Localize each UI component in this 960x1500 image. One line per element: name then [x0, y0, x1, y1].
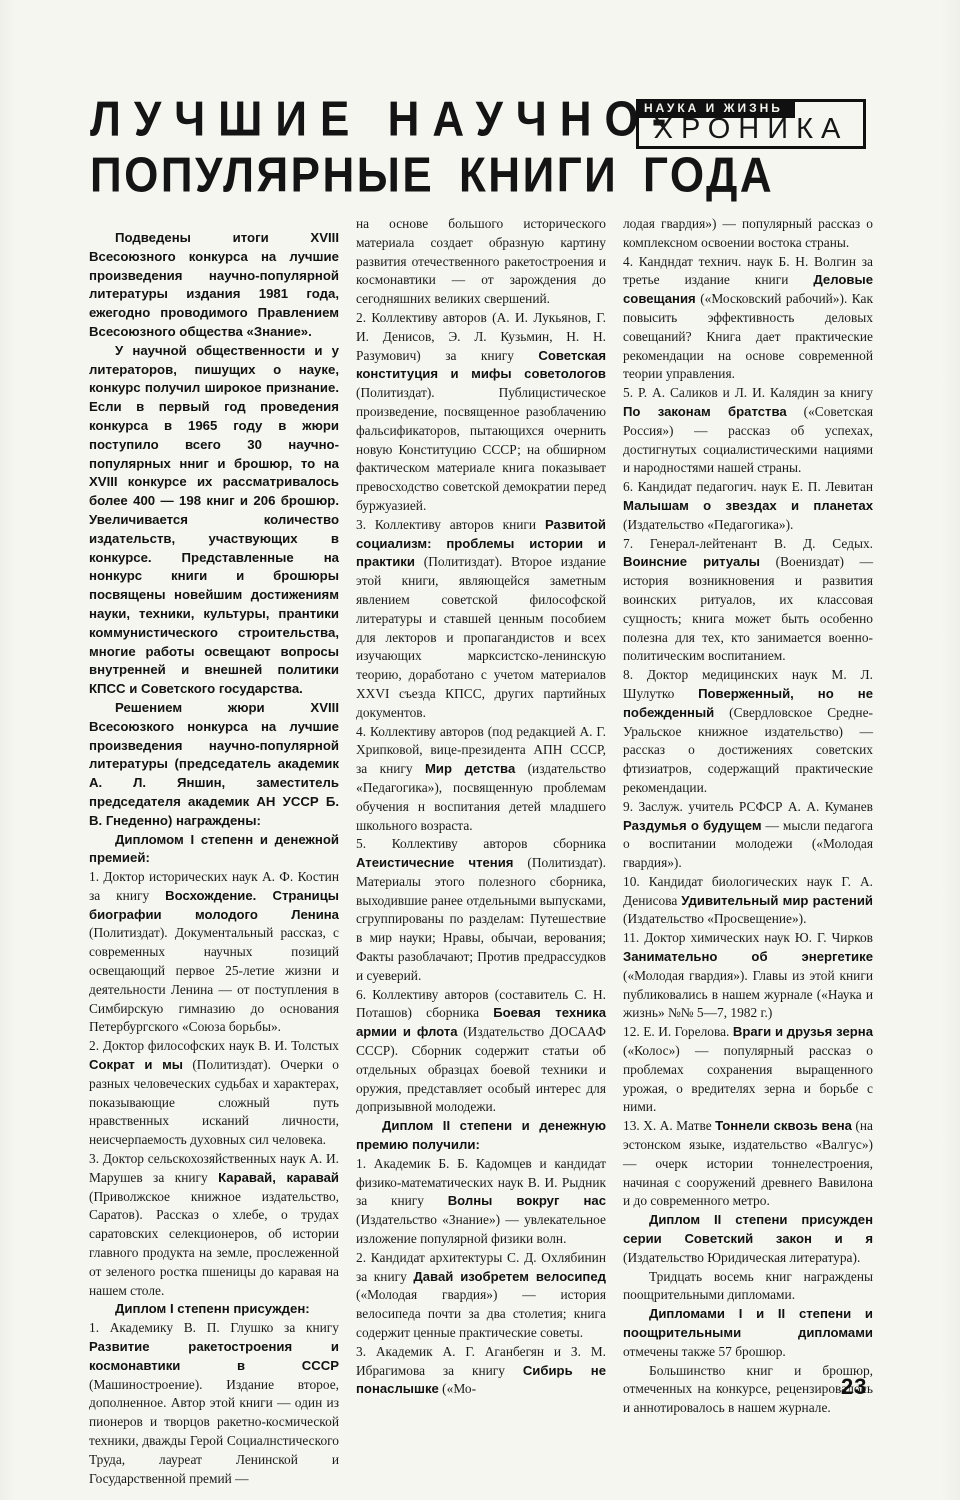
text-run: 3. Коллективу авторов книги [356, 517, 545, 532]
text-run: (Политиздат). Публицистическое произведе… [356, 385, 606, 513]
text-run: У научной общественности и у литераторов… [89, 343, 339, 696]
text-run: (Издательство «Педагогика»). [623, 517, 793, 532]
paragraph: Решением жюри XVIII Всесоюзкого нонкурса… [89, 699, 339, 831]
text-column-2: на основе большого исторического материа… [356, 215, 606, 1399]
paragraph: 6. Коллективу авторов (составитель С. Н.… [356, 986, 606, 1118]
text-run: отмечены также 57 брошюр. [623, 1344, 786, 1359]
paragraph: 1. Академику В. П. Глушко за книгу Разви… [89, 1319, 339, 1488]
text-run: Диплом II степени и денежную премию полу… [356, 1118, 606, 1152]
paragraph: 5. Коллективу авторов сборника Атеистиче… [356, 835, 606, 985]
text-run: 5. Коллективу авторов сборника [356, 836, 606, 851]
text-run: 13. Х. А. Матве [623, 1118, 715, 1133]
paragraph: лодая гвардия») — популярный рассказ о к… [623, 215, 873, 253]
text-run: Дипломом I степенн и денежной премией: [89, 832, 339, 866]
paragraph: 3. Доктор сельскохозяйственных наук А. И… [89, 1150, 339, 1300]
paragraph: 2. Доктор философских наук В. И. Толстых… [89, 1037, 339, 1150]
paragraph: 4. Кандндат технич. наук Б. Н. Волгин за… [623, 253, 873, 385]
book-title: Дипломами I и II степени и поощрительным… [623, 1306, 873, 1340]
text-run: Диплом I степенн присужден: [115, 1301, 310, 1316]
text-run: (Приволжское книжное издательство, Сарат… [89, 1189, 339, 1298]
text-run: (Политиздат). Материалы этого полезного … [356, 855, 606, 983]
paragraph: Дипломом I степенн и денежной премией: [89, 831, 339, 869]
text-run: (Издательство «Знание») — увлекательное … [356, 1212, 606, 1246]
book-title: Воинсние ритуалы [623, 554, 760, 569]
text-run: 12. Е. И. Горелова. [623, 1024, 733, 1039]
section-title: ХРОНИКА [639, 113, 863, 146]
paragraph: 1. Доктор исторических наук А. Ф. Костин… [89, 868, 339, 1037]
article-title-line-1: ЛУЧШИЕ НАУЧНО- [90, 92, 679, 148]
book-title: Сократ и мы [89, 1057, 183, 1072]
book-title: Развитие ракетостроения и космонавтики в… [89, 1339, 339, 1373]
book-title: Мир детства [425, 761, 515, 776]
text-run: 2. Доктор философских наук В. И. Толстых [89, 1038, 339, 1053]
book-title: Малышам о звездах и планетах [623, 498, 873, 513]
paragraph: 2. Коллективу авторов (А. И. Лукьянов, Г… [356, 309, 606, 516]
text-column-1: Подведены итоги XVIII Всесоюзного конкур… [89, 229, 339, 1488]
text-run: (Издательство «Просвещение»). [623, 911, 807, 926]
paragraph: Диплом I степенн присужден: [89, 1300, 339, 1319]
text-run: 1. Академику В. П. Глушко за книгу [89, 1320, 339, 1335]
paragraph: 11. Доктор химических наук Ю. Г. Чирков … [623, 929, 873, 1023]
page-number: 23 [841, 1374, 867, 1400]
text-run: («Молодая гвардия») — история велосипеда… [356, 1287, 606, 1340]
text-run: («Мо- [439, 1381, 476, 1396]
book-title: Давай изобретем велосипед [413, 1269, 606, 1284]
magazine-page: ЛУЧШИЕ НАУЧНО- ПОПУЛЯРНЫЕ КНИГИ ГОДА НАУ… [0, 0, 960, 1500]
paragraph: Тридцать восемь книг награждены поощрите… [623, 1268, 873, 1306]
text-run: Тридцать восемь книг награждены поощрите… [623, 1269, 873, 1303]
text-run: (Машиностроение). Издание второе, дополн… [89, 1377, 339, 1486]
book-title: Враги и друзья зерна [733, 1024, 873, 1039]
text-run: Решением жюри XVIII Всесоюзкого нонкурса… [89, 700, 339, 828]
paragraph: 3. Коллективу авторов книги Развитой соц… [356, 516, 606, 723]
book-title: По законам братства [623, 404, 787, 419]
paragraph: 3. Академик А. Г. Аганбегян и З. М. Ибра… [356, 1343, 606, 1399]
paragraph: 2. Кандидат архитектуры С. Д. Охлябинин … [356, 1249, 606, 1343]
text-run: 9. Заслуж. учитель РСФСР А. А. Куманев [623, 799, 873, 814]
book-title: Занимательно об энергетике [623, 949, 873, 964]
text-run: 6. Кандидат педагогич. наук Е. П. Левита… [623, 479, 873, 494]
text-run: (Политиздат). Документальный рассказ, с … [89, 925, 339, 1034]
book-title: Каравай, каравай [218, 1170, 339, 1185]
text-run: 11. Доктор химических наук Ю. Г. Чирков [623, 930, 873, 945]
text-run: Подведены итоги XVIII Всесоюзного конкур… [89, 230, 339, 339]
paragraph: 9. Заслуж. учитель РСФСР А. А. Куманев Р… [623, 798, 873, 873]
text-run: Большинство книг и брошюр, отмеченных на… [623, 1363, 873, 1416]
paragraph: Дипломами I и II степени и поощрительным… [623, 1305, 873, 1361]
masthead-box: НАУКА И ЖИЗНЬ ХРОНИКА [636, 99, 866, 149]
text-run: 5. Р. А. Саликов и Л. И. Калядин за книг… [623, 385, 873, 400]
book-title: Атеистичесние чтения [356, 855, 513, 870]
text-run: («Молодая гвардия»). Главы из этой книги… [623, 968, 873, 1021]
paragraph: 4. Коллективу авторов (под редакцией А. … [356, 723, 606, 836]
text-run: (Воениздат) — история возникновения и ра… [623, 554, 873, 663]
article-title-line-2: ПОПУЛЯРНЫЕ КНИГИ ГОДА [90, 148, 774, 204]
paragraph: 5. Р. А. Саликов и Л. И. Калядин за книг… [623, 384, 873, 478]
text-run: 7. Генерал-лейтенант В. Д. Седых. [623, 536, 873, 551]
text-run: (Политиздат). Второе издание этой книги,… [356, 554, 606, 719]
paragraph: 7. Генерал-лейтенант В. Д. Седых. Воинсн… [623, 535, 873, 667]
text-run: на основе большого исторического материа… [356, 216, 606, 306]
paragraph: Диплом II степени присужден серии Советс… [623, 1211, 873, 1267]
paragraph: 12. Е. И. Горелова. Враги и друзья зерна… [623, 1023, 873, 1117]
book-title: Удивительный мир растений [681, 893, 873, 908]
paragraph: Подведены итоги XVIII Всесоюзного конкур… [89, 229, 339, 342]
paragraph: 6. Кандидат педагогич. наук Е. П. Левита… [623, 478, 873, 534]
book-title: Волны вокруг нас [448, 1193, 606, 1208]
text-run: (Издательство Юридическая литература). [623, 1250, 860, 1265]
paragraph: 8. Доктор медицинских наук М. Л. Шулутко… [623, 666, 873, 798]
book-title: Диплом II степени присужден серии Советс… [623, 1212, 873, 1246]
text-column-3: лодая гвардия») — популярный рассказ о к… [623, 215, 873, 1418]
text-run: лодая гвардия») — популярный рассказ о к… [623, 216, 873, 250]
paragraph: Диплом II степени и денежную премию полу… [356, 1117, 606, 1155]
text-run: («Колос») — популярный рассказ о проблем… [623, 1043, 873, 1114]
paragraph: 1. Академик Б. Б. Кадомцев и кандидат фи… [356, 1155, 606, 1249]
paragraph: на основе большого исторического материа… [356, 215, 606, 309]
paragraph: 10. Кандидат биологических наук Г. А. Де… [623, 873, 873, 929]
paragraph: У научной общественности и у литераторов… [89, 342, 339, 699]
book-title: Тоннели сквозь вена [715, 1118, 852, 1133]
book-title: Раздумья о будущем [623, 818, 762, 833]
paragraph: Большинство книг и брошюр, отмеченных на… [623, 1362, 873, 1418]
paragraph: 13. Х. А. Матве Тоннели сквозь вена (на … [623, 1117, 873, 1211]
